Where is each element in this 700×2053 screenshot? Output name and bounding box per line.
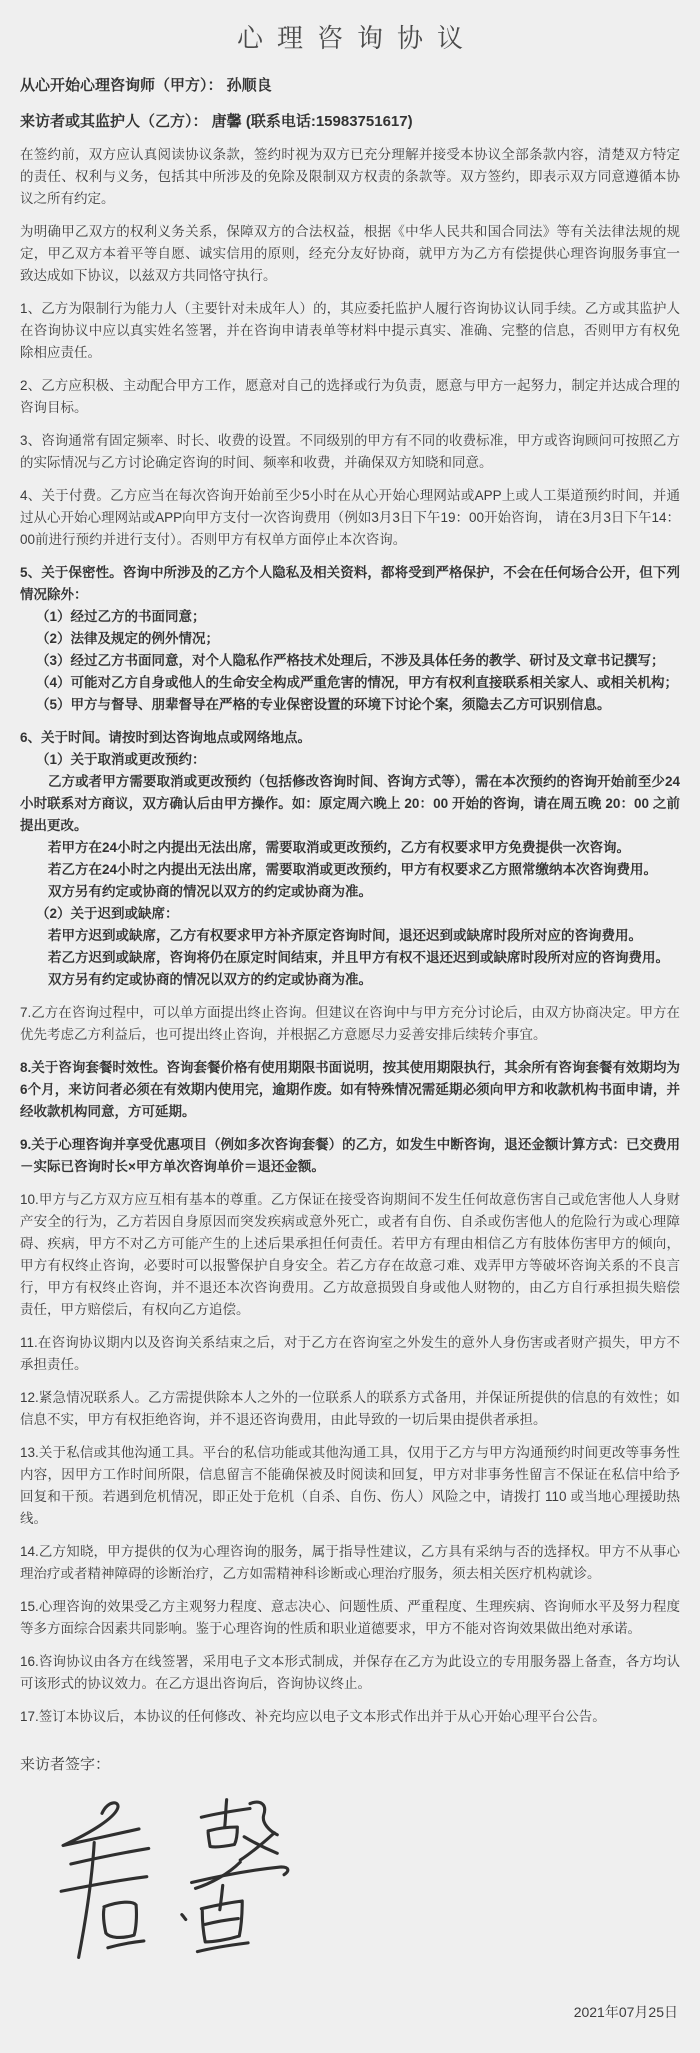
clause-9: 9.关于心理咨询并享受优惠项目（例如多次咨询套餐）的乙方，如发生中断咨询，退还金… [20, 1134, 680, 1178]
clause-5-item-3: （3）经过乙方书面同意，对个人隐私作严格技术处理后，不涉及具体任务的教学、研讨及… [20, 650, 680, 672]
clause-8: 8.关于咨询套餐时效性。咨询套餐价格有使用期限书面说明，按其使用期限执行，其余所… [20, 1057, 680, 1123]
clause-4: 4、关于付费。乙方应当在每次咨询开始前至少5小时在从心开始心理网站或APP上或人… [20, 485, 680, 551]
clause-6: 6、关于时间。请按时到达咨询地点或网络地点。 [20, 727, 680, 749]
clause-6-item-1: （1）关于取消或更改预约： [20, 749, 680, 771]
clause-3: 3、咨询通常有固定频率、时长、收费的设置。不同级别的甲方有不同的收费标准，甲方或… [20, 430, 680, 474]
clause-6-item-1-rule-1: 乙方或者甲方需要取消或更改预约（包括修改咨询时间、咨询方式等），需在本次预约的咨… [20, 771, 680, 837]
page-title: 心理咨询协议 [34, 18, 680, 55]
clause-7: 7.乙方在咨询过程中，可以单方面提出终止咨询。但建议在咨询中与甲方充分讨论后，由… [20, 1002, 680, 1046]
clause-15: 15.心理咨询的效果受乙方主观努力程度、意志决心、问题性质、严重程度、生理疾病、… [20, 1596, 680, 1640]
clause-5-item-1: （1）经过乙方的书面同意； [20, 606, 680, 628]
clause-6-item-2-rule-1: 若甲方迟到或缺席，乙方有权要求甲方补齐原定咨询时间，退还迟到或缺席时段所对应的咨… [20, 925, 680, 947]
agreement-date: 2021年07月25日 [20, 2001, 678, 2023]
clause-2: 2、乙方应积极、主动配合甲方工作，愿意对自己的选择或行为负责，愿意与甲方一起努力… [20, 375, 680, 419]
clause-6-item-2: （2）关于迟到或缺席： [20, 903, 680, 925]
clause-1: 1、乙方为限制行为能力人（主要针对未成年人）的，其应委托监护人履行咨询协议认同手… [20, 298, 680, 364]
clause-13: 13.关于私信或其他沟通工具。平台的私信功能或其他沟通工具，仅用于乙方与甲方沟通… [20, 1442, 680, 1530]
preamble-paragraph-2: 为明确甲乙双方的权利义务关系，保障双方的合法权益，根据《中华人民共和国合同法》等… [20, 221, 680, 287]
visitor-signature-drawing [46, 1790, 306, 1975]
preamble-paragraph-1: 在签约前，双方应认真阅读协议条款，签约时视为双方已充分理解并接受本协议全部条款内… [20, 144, 680, 210]
signature-strokes-icon [46, 1790, 306, 1975]
counselor-party-line: 从心开始心理咨询师（甲方）： 孙顺良 [20, 75, 680, 97]
agreement-document: 心理咨询协议 从心开始心理咨询师（甲方）： 孙顺良 来访者或其监护人（乙方）： … [0, 0, 700, 2053]
clause-5-item-5: （5）甲方与督导、朋辈督导在严格的专业保密设置的环境下讨论个案，须隐去乙方可识别… [20, 694, 680, 716]
clause-5-item-4: （4）可能对乙方自身或他人的生命安全构成严重危害的情况，甲方有权利直接联系相关家… [20, 672, 680, 694]
clause-5: 5、关于保密性。咨询中所涉及的乙方个人隐私及相关资料，都将受到严格保护，不会在任… [20, 562, 680, 606]
clause-10: 10.甲方与乙方双方应互相有基本的尊重。乙方保证在接受咨询期间不发生任何故意伤害… [20, 1189, 680, 1321]
clause-14: 14.乙方知晓，甲方提供的仅为心理咨询的服务，属于指导性建议，乙方具有采纳与否的… [20, 1541, 680, 1585]
clause-5-item-2: （2）法律及规定的例外情况； [20, 628, 680, 650]
clause-6-item-2-rule-3: 双方另有约定或协商的情况以双方的约定或协商为准。 [20, 969, 680, 991]
clause-6-item-1-rule-3: 若乙方在24小时之内提出无法出席，需要取消或更改预约，甲方有权要求乙方照常缴纳本… [20, 859, 680, 881]
clause-12: 12.紧急情况联系人。乙方需提供除本人之外的一位联系人的联系方式备用，并保证所提… [20, 1387, 680, 1431]
clause-6-item-1-rule-2: 若甲方在24小时之内提出无法出席，需要取消或更改预约，乙方有权要求甲方免费提供一… [20, 837, 680, 859]
clause-11: 11.在咨询协议期内以及咨询关系结束之后，对于乙方在咨询室之外发生的意外人身伤害… [20, 1332, 680, 1376]
clause-6-item-2-rule-2: 若乙方迟到或缺席，咨询将仍在原定时间结束，并且甲方有权不退还迟到或缺席时段所对应… [20, 947, 680, 969]
visitor-signature-label: 来访者签字： [20, 1754, 680, 1776]
visitor-party-line: 来访者或其监护人（乙方）： 唐馨 (联系电话:15983751617) [20, 111, 680, 133]
clause-6-item-1-rule-4: 双方另有约定或协商的情况以双方的约定或协商为准。 [20, 881, 680, 903]
clause-16: 16.咨询协议由各方在线签署，采用电子文本形式制成，并保存在乙方为此设立的专用服… [20, 1651, 680, 1695]
